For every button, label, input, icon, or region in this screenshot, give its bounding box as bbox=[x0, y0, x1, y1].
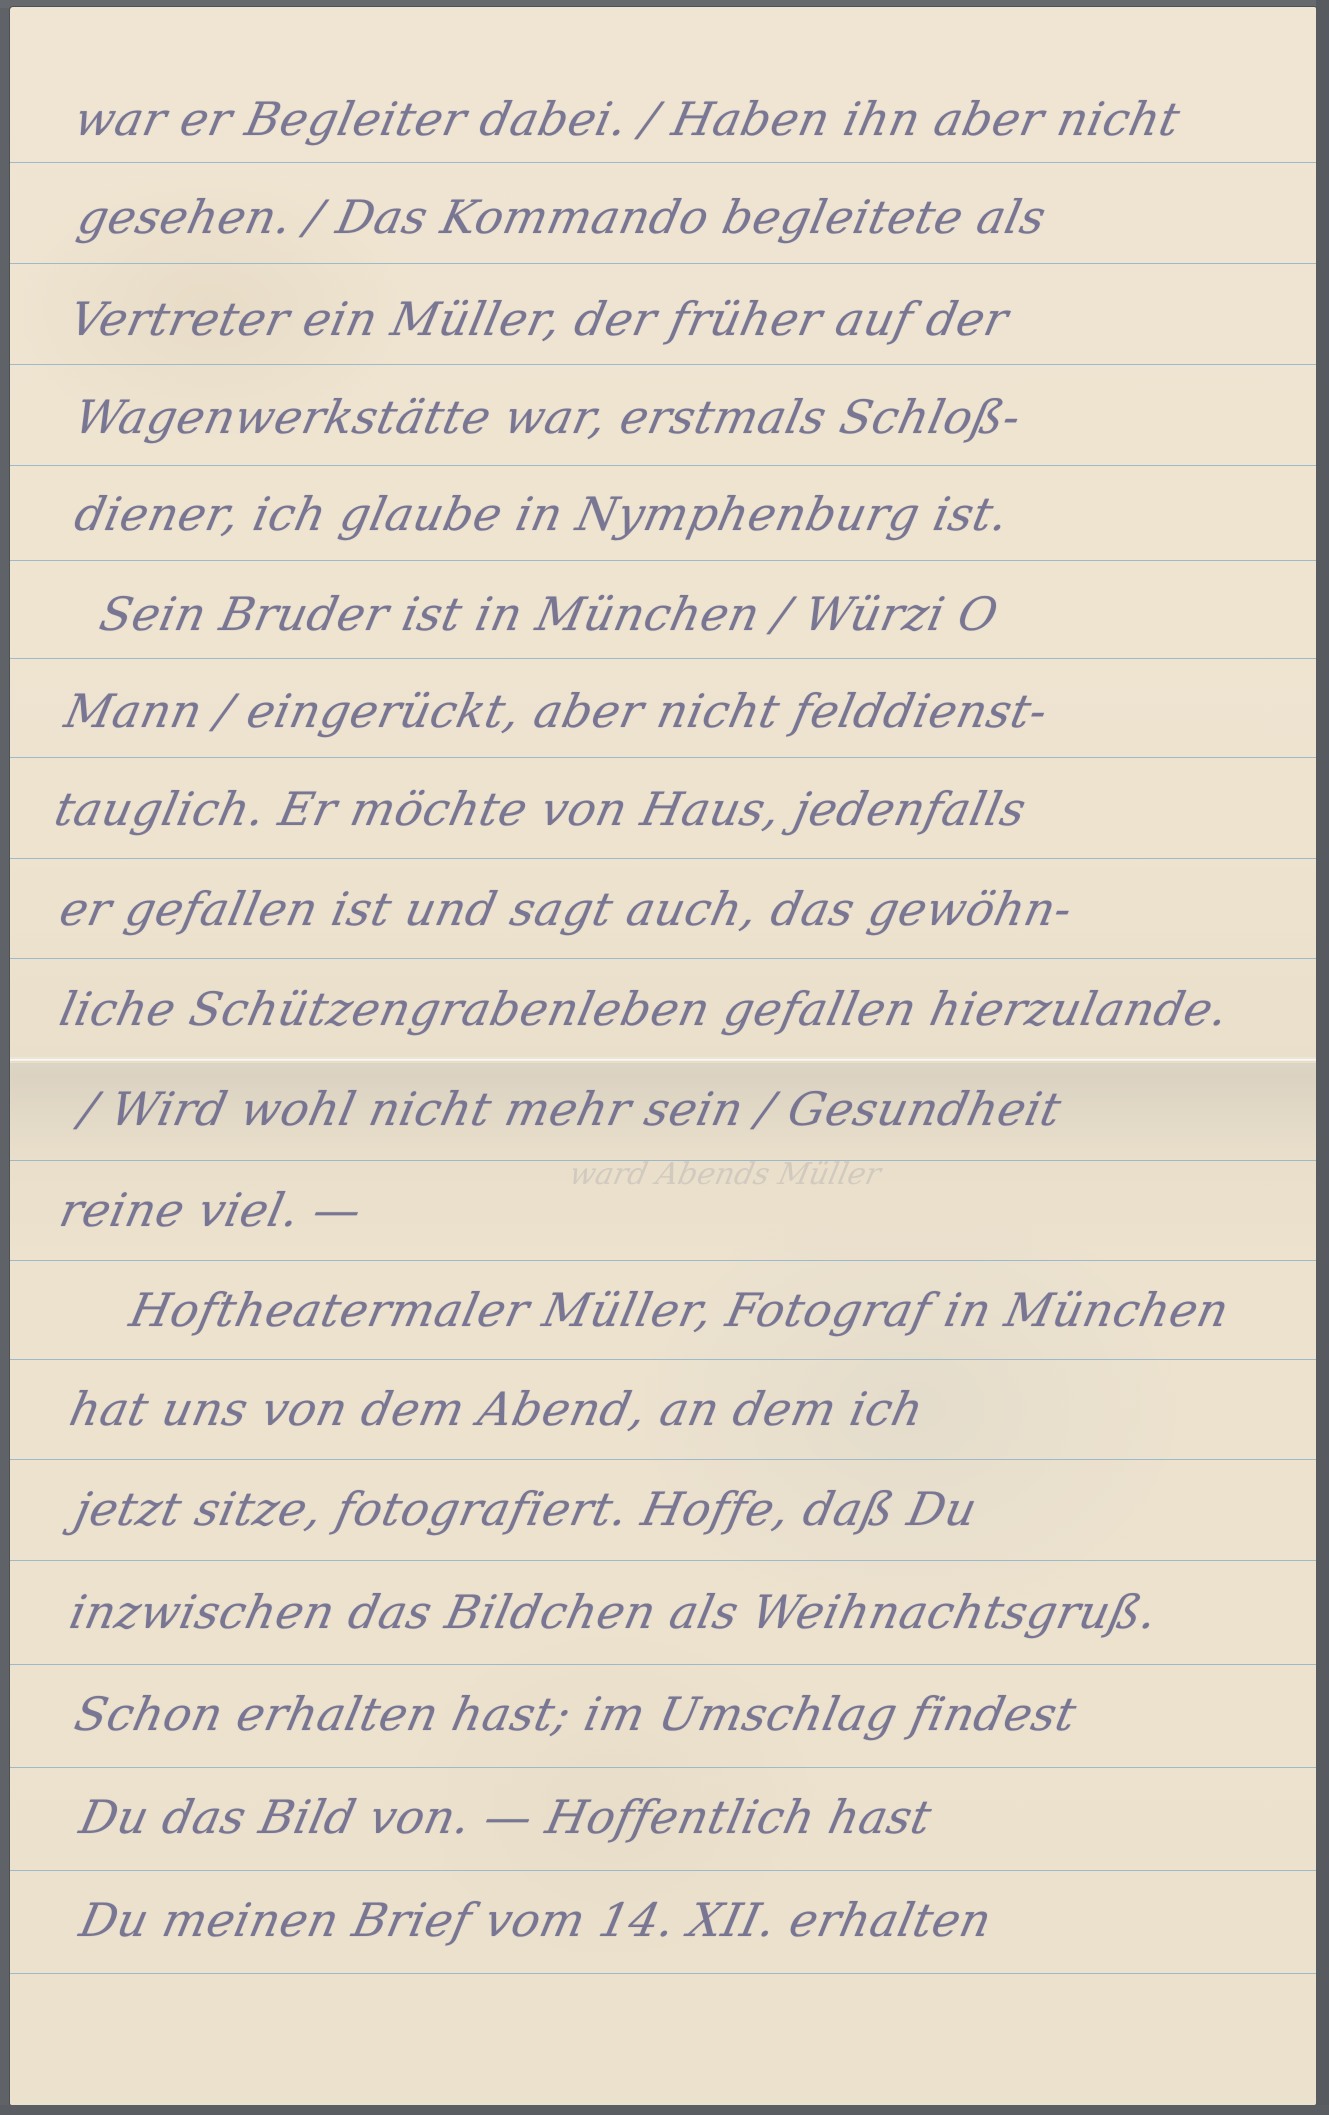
handwritten-line: jetzt sitze, fotografiert. Hoffe, daß Du bbox=[65, 1459, 987, 1560]
handwritten-line: gesehen. / Das Kommando begleitete als bbox=[68, 167, 1056, 268]
handwritten-line: Du meinen Brief vom 14. XII. erhalten bbox=[70, 1870, 1001, 1971]
handwritten-line: Sein Bruder ist in München / Würzi O bbox=[10, 564, 1008, 665]
letter-page: ward Abends Müller war er Begleiter dabe… bbox=[10, 7, 1316, 2105]
handwritten-line: inzwischen das Bildchen als Weihnachtsgr… bbox=[60, 1562, 1167, 1663]
handwritten-text: war er Begleiter dabei. / Haben ihn aber… bbox=[10, 7, 1316, 2105]
handwritten-line: / Wird wohl nicht mehr sein / Gesundheit bbox=[10, 1059, 1071, 1160]
handwritten-line: Vertreter ein Müller, der früher auf der bbox=[60, 269, 1018, 370]
handwritten-line: er gefallen ist und sagt auch, das gewöh… bbox=[50, 859, 1082, 960]
handwritten-line: diener, ich glaube in Nymphenburg ist. bbox=[65, 464, 1018, 565]
handwritten-line: Du das Bild von. — Hoffentlich hast bbox=[70, 1767, 941, 1868]
handwritten-line: hat uns von dem Abend, an dem ich bbox=[60, 1359, 933, 1460]
handwritten-line: war er Begleiter dabei. / Haben ihn aber… bbox=[65, 69, 1190, 170]
handwritten-line: Hoftheatermaler Müller, Fotograf in Münc… bbox=[40, 1260, 1239, 1361]
handwritten-line: Schon erhalten hast; im Umschlag findest bbox=[65, 1664, 1086, 1765]
handwritten-line: reine viel. — bbox=[50, 1160, 371, 1261]
handwritten-line: liche Schützengrabenleben gefallen hierz… bbox=[50, 959, 1238, 1060]
handwritten-line: Mann / eingerückt, aber nicht felddienst… bbox=[55, 661, 1057, 762]
scan-backdrop-bottom bbox=[0, 2105, 1329, 2115]
handwritten-line: Wagenwerkstätte war, erstmals Schloß- bbox=[65, 367, 1031, 468]
scan-backdrop-right bbox=[1316, 0, 1329, 2115]
handwritten-line: tauglich. Er möchte von Haus, jedenfalls bbox=[45, 759, 1036, 860]
